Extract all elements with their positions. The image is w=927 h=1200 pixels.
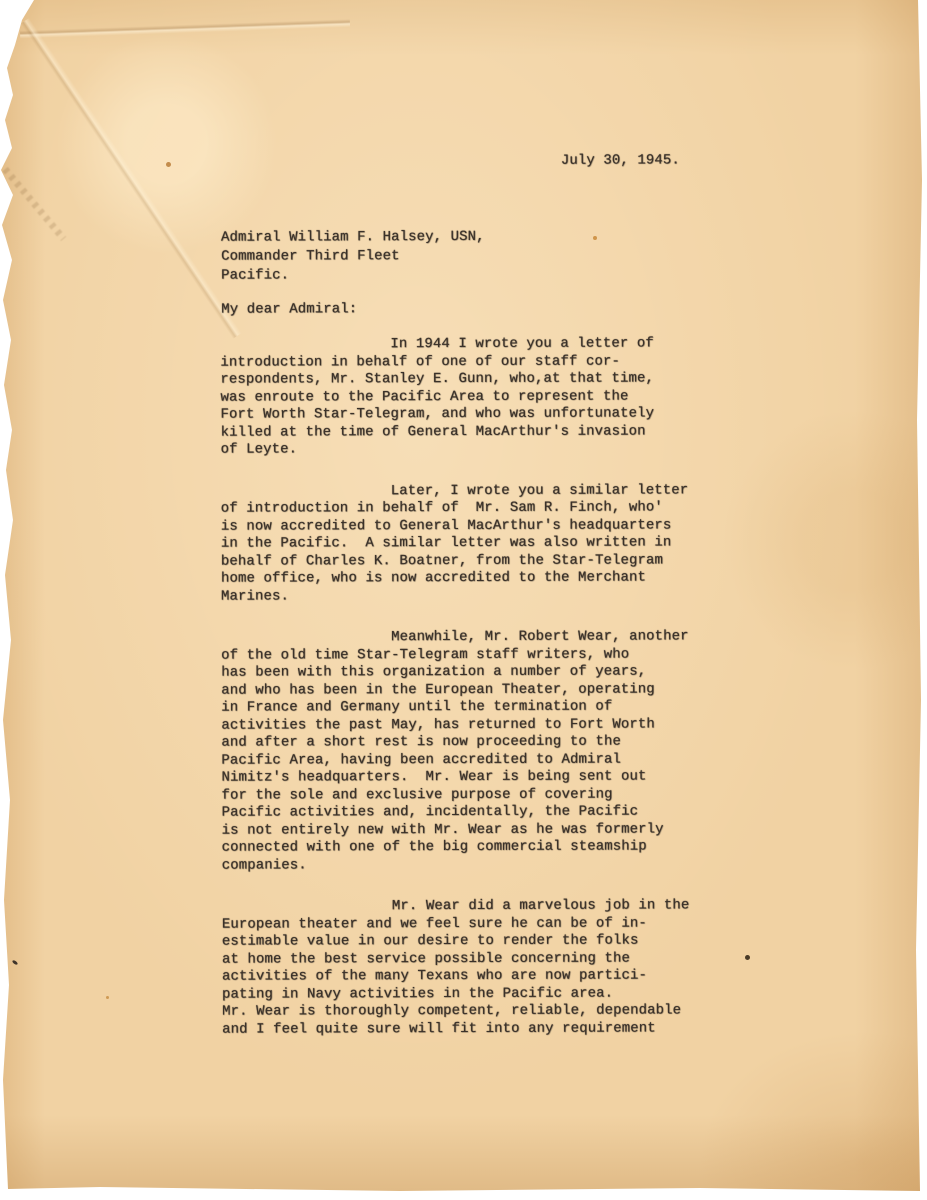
letter-body: In 1944 I wrote you a letter of introduc… <box>220 335 689 1062</box>
paper-speck <box>917 953 921 960</box>
letter-paragraph-4: Mr. Wear did a marvelous job in the Euro… <box>222 897 690 1038</box>
recipient-address: Admiral William F. Halsey, USN, Commande… <box>221 228 485 286</box>
salutation: My dear Admiral: <box>221 301 357 319</box>
letter-date: July 30, 1945. <box>561 152 680 170</box>
letter-content: July 30, 1945. Admiral William F. Halsey… <box>0 0 927 1200</box>
letter-paragraph-3: Meanwhile, Mr. Robert Wear, another of t… <box>221 628 689 874</box>
letter-paragraph-1: In 1944 I wrote you a letter of introduc… <box>220 335 688 459</box>
scan-stage: July 30, 1945. Admiral William F. Halsey… <box>0 0 927 1200</box>
letter-paragraph-2: Later, I wrote you a similar letter of i… <box>221 482 689 606</box>
scanned-letter-page: July 30, 1945. Admiral William F. Halsey… <box>0 0 927 1200</box>
